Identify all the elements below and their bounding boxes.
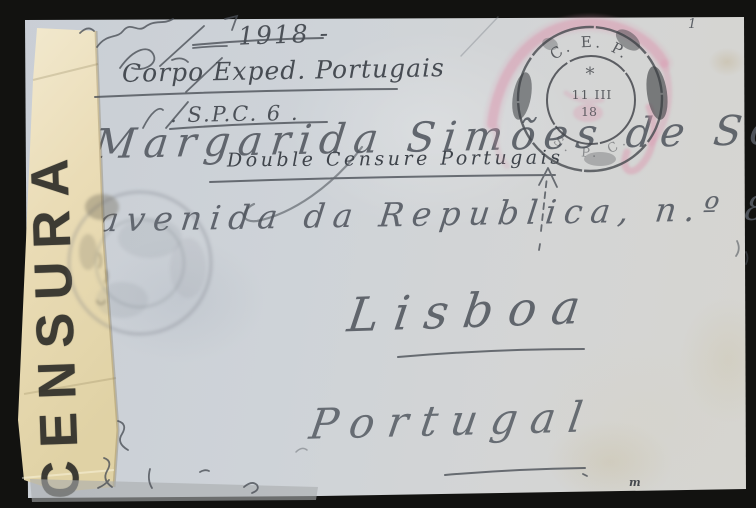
envelope-bottom-seam xyxy=(30,479,318,502)
envelope-photo: 1918 - Corpo Exped. Portugais . S.P.C. 6… xyxy=(0,0,756,508)
cep-date-day-month: 11 III xyxy=(572,87,613,102)
cep-date-year: 18 xyxy=(581,104,597,119)
postal-markings: C. E. P. S. P. C. * 11 III 18 xyxy=(0,0,756,508)
arrival-postmark-ghost xyxy=(69,192,211,334)
cep-arc-bottom-text: S. P. C. xyxy=(550,132,632,161)
cep-star: * xyxy=(586,64,595,85)
